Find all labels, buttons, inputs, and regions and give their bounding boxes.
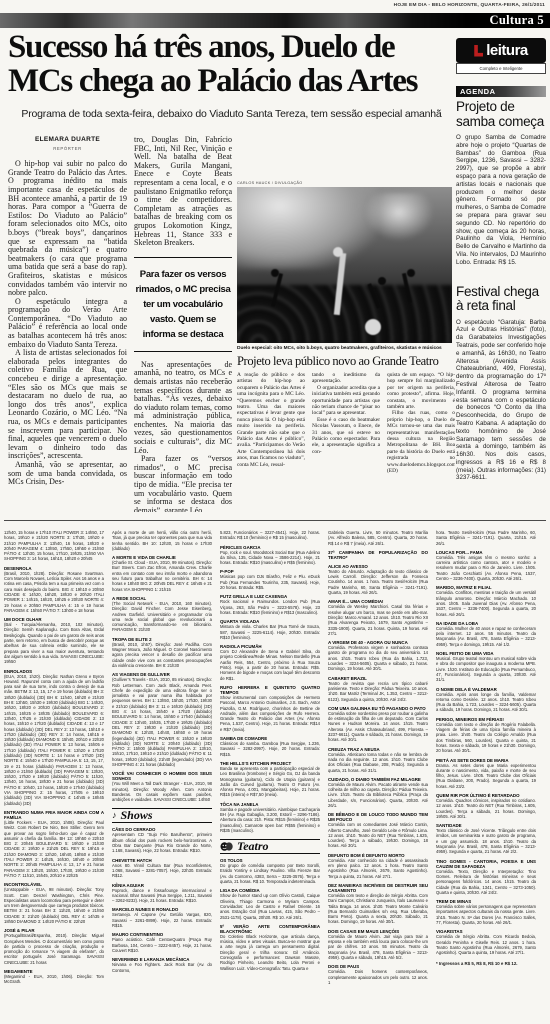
sub-article-paragraph: A reação do público e dos artistas do hi… [237,372,305,468]
listings-column: 12h40, 15 horas e 17h10 ITALI POWER 3: 1… [4,530,104,1020]
music-icon: ♪ [112,811,117,820]
sub-article-paragraph: Esse é o caso do beatmaker Nicolas Vasso… [312,417,380,455]
listing-body: Comédia. Após anos longe da família, Val… [436,692,536,713]
listings-column: 5.823, Funcionários – 3227-4541). Hoje, … [220,530,320,1020]
listing-body: Musical. Grupo teatral montou um musical… [436,656,536,682]
listing-continuation: 5.823, Funcionários – 3227-4541). Hoje, … [220,530,320,541]
agenda-item-title: Projeto de samba começa [456,100,546,129]
listings-price-note: * Ingressos a R$ 5, R$ 8, R$ 10 e R$ 12. [436,961,536,966]
article-col-2-top: tro, Douglas Din, Fabrício FBC, Inti, Ni… [134,136,232,248]
pull-quote: Para fazer os versos rimados, o MC preci… [134,257,232,352]
listings-section-header-teatro: Teatro [220,839,320,854]
listing-body: Sertanejo. Al Capone (Av. Getúlio Vargas… [112,912,212,928]
byline-role: REPÓRTER [8,145,127,154]
listing-body: Samba e pagode universitário. Alambique … [220,807,320,833]
byline: ELEMARA DUARTE REPÓRTER [8,136,127,153]
article-paragraph: O espetáculo integra a programação do Ve… [8,298,127,350]
listing-body: Drama. As setes dores que Maria experime… [436,763,536,789]
listings-column: Após a morte de um herói, vilão cria out… [112,530,212,1020]
listing-body: Comédia sobre nordestino preso por rouba… [328,711,428,743]
article-col-2: tro, Douglas Din, Fabrício FBC, Inti, Ni… [134,136,232,512]
article-paragraph: tro, Douglas Din, Fabrício FBC, Inti, Ni… [134,136,232,248]
listing-body: (Unstoppable - EUA, 98 minutos). Direção… [4,887,104,924]
agenda-item-body: O espetáculo “Garatuja: Barba Azul e Out… [456,319,546,483]
listings-section-title: Shows [121,813,153,818]
byline-name: ELEMARA DUARTE [8,136,127,145]
sub-article-column: quista de um espaço. “O hip-hop sempre f… [387,372,455,512]
listing-body: Comédia. Três amigas têm o mesmo sonho: … [436,555,536,581]
agenda-item-title: Festival chega à reta final [456,285,546,314]
leitura-tagline: Completo e Inteligente [456,63,546,74]
listing-body: Comédia sobre vários personagens que rep… [436,904,536,925]
listings-columns: 12h40, 15 horas e 17h10 ITALI POWER 3: 1… [4,530,546,1020]
listing-body: Comédia. Professora virgem e sonhadora c… [328,645,428,671]
article-col-1: ELEMARA DUARTE REPÓRTER O hip-hop vai su… [8,136,127,512]
book-icon [474,45,483,57]
listing-body: (Brasil, 2010, 1h57). Direção: José Padi… [112,642,212,668]
sub-article-paragraph: O organizador acredita que a iniciativa … [312,385,380,417]
article-paragraph: A lista de artistas selecionados foi ela… [8,349,127,461]
listing-body: Comédia de Sérgio Abritta. Com Ricardo B… [436,934,536,955]
headline: Sucesso há três anos, Duelo de MCs chega… [8,31,455,98]
listing-body: (Gulliver’s Travels - EUA, 2010, 85 minu… [112,677,212,767]
sub-article-paragraph: quista de um espaço. “O hip-hop sempre f… [387,372,455,410]
listing-body: (You Will Meet a Tall Dark Stranger - EU… [112,781,212,802]
sub-article-paragraph: tando o ineditismo da apresentação. [312,372,380,385]
listing-body: Nirvana e Foo Fighters. Jack Rock Bar (A… [112,962,212,973]
sub-article-column: A reação do público e dos artistas do hi… [237,372,305,512]
listing-title: VOCÊ VAI CONHECER O HOMEM DOS SEUS SONHO… [112,771,212,781]
listing-body: (EUA, 2010, 1h20). Direção: Nathan Greno… [4,674,104,806]
listing-body: Comédia. Atleticano toma todas e não se … [328,752,428,773]
listing-continuation: Gabriela Guerra. Livre, 50 minutos. Teat… [328,530,428,546]
listing-body: (Brasil, 2010, 1h28). Direção: Rosane Sv… [4,571,104,613]
listing-body: Do Coletivo Black Horizonte, que articul… [220,934,320,971]
listing-body: Teatro de revista que recria um típico c… [328,681,428,702]
listing-body: Comédia de Mauro Alvim. Jair viaja para … [328,934,428,960]
leitura-logo: leitura [456,38,546,63]
listing-body: Comédia. Dois homens contemporâneos, com… [328,969,428,985]
article-paragraph: O hip-hop vai subir no palco do Grande T… [8,160,127,298]
listing-body: Comédia. Texto, Direção e Interpretação:… [436,869,536,895]
sub-article-column: tando o ineditismo da apresentação.O org… [312,372,380,512]
section-label: Cultura 5 [490,13,544,28]
listings-section-header-shows: ♪Shows [112,808,212,823]
masks-icon [220,842,233,851]
listing-continuation: 12h40, 15 horas e 17h10 ITALI POWER 3: 1… [4,530,104,562]
listing-body: Comédia com os comediantes José Márcio C… [328,822,428,848]
listing-body: Comédia de Mauro Alvim. Pacato atirante … [328,782,428,808]
article-paragraph: Nas apresentações de amanhã, no teatro, … [134,361,232,456]
listing-body: Comédia. Mulher de 40 anos e rapaz se co… [436,626,536,647]
listing-body: Banda se apresenta com a participação es… [220,766,320,798]
listing-title: DE BÊBADO E DE LOUCO TODO MUNDO TEM UM P… [328,812,428,822]
listing-body: Clássicos do samba. Gamboa (Rua Sergipe,… [220,741,320,757]
listing-title: 37ª CAMPANHA DE POPULARIZAÇÃO DO TEATRO* [328,550,428,560]
listing-body: (Charlie St. Cloud - EUA, 2010, 99 minut… [112,560,212,592]
listing-body: (Bal - Turquia/Alemanha, 2010, 102 minut… [4,622,104,664]
listing-title: 5º VERÃO ARTE CONTEMPORÂNEA BLACKTRÔNIC [220,924,320,934]
article-col-2-bottom: Nas apresentações de amanhã, no teatro, … [134,361,232,512]
listing-body: Músicas pop com DJs Bíasfro, Feliz e Plu… [220,574,320,590]
listings-column: hora. Teatro Sesi/Holcim (Rua Padre Mari… [436,530,536,1020]
listing-continuation: hora. Teatro Sesi/Holcim (Rua Padre Mari… [436,530,536,546]
listing-body: Comédia. Ator conhecido na cidade é assa… [328,858,428,879]
listing-body: Teatro do Absurdo. Adaptação do texto cl… [328,569,428,595]
listing-body: Show instrumental com composições de Her… [220,695,320,732]
agenda-label: AGENDA [456,86,546,97]
listing-body: Piano acústico. Café CentoeQuatro (Praça… [112,937,212,953]
listing-body: Texto clássico de José Vicente. Triângul… [436,828,536,854]
masthead-dateline: HOJE EM DIA - BELO HORIZONTE, QUARTA-FEI… [394,3,545,8]
listing-title: RUFO HERRERA E QUINTETO QUATRO TEMPOS [220,685,320,695]
sub-article-paragraph: Filho das ruas, como o próprio hip-hop, … [387,410,455,474]
listing-body: Anos 80. Vinnil Cultura Bar (Rua Inconfi… [112,863,212,879]
deck: Programa de toda sexta-feira, debaixo do… [8,108,455,120]
listing-body: (Portugal/Brasil/Espanha, 2010). Direção… [4,933,104,965]
listing-body: (The Social Network - EUA, 2010, 160 min… [112,601,212,633]
listing-body: Pop, rock e soul. Woodstock Social Bar (… [220,550,320,566]
agenda-column: Projeto de samba começaO grupo Samba de … [456,100,546,500]
section-bar: Cultura 5 [0,13,550,28]
listing-body: Rock nacional e Raimundos. London Pub (R… [220,599,320,615]
listing-body: Comédia. Quadros cômicos, inspirados no … [436,798,536,819]
article-paragraph: Para fazer os “versos rimados”, o MC pre… [134,455,232,512]
listing-body: Mistura de viola. Charles Bar (Rua Tomé … [220,624,320,640]
newspaper-scan: { "colors":{"leitura_red":"#bb1e1e","sec… [0,0,550,1024]
leitura-brand: leitura [486,42,528,59]
listing-title: TINO GOMES - CANTORIA, POESIA E UNS CAUZ… [436,859,536,869]
sub-article-columns: A reação do público e dos artistas do hi… [237,372,455,512]
photo-caption: Duelo especial: oito MCs, oito b.boys, q… [237,346,455,351]
listing-body: Comédia. Conflitos, mentiras e traição d… [436,590,536,616]
sub-article-title: Projeto leva público novo ao Grande Teat… [237,354,455,369]
listing-body: Comédia de Wesley Marchiori. Casal tira … [328,604,428,636]
listings-divider [4,520,546,521]
article-photo [237,187,452,343]
listing-body: Com DJ Alexandre de Sena e Gabriel Silva… [220,649,320,681]
listing-title: ENTRANDO NUMA FRIA MAIOR AINDA COM A FAM… [4,810,104,820]
listing-body: Show de humor stand up com Olívio Castol… [220,893,320,919]
listing-body: Comédia com texto e direção de Sérgio Ab… [328,893,428,925]
listing-body: Apresentam CD “Sujo Frio Barulhento”, pr… [112,832,212,853]
listings-column: Gabriela Guerra. Livre, 50 minutos. Teat… [328,530,428,1020]
listing-body: Poprock, dance e fossa/lounge internacio… [112,888,212,904]
listing-body: (Little Fockers - EUA, 2010, 1h08). Dire… [4,820,104,878]
listing-title: DEZ MANEIRAS INCRÍVEIS DE DESTRUIR SEU C… [328,883,428,893]
listing-body: (Megamind - EUA, 2010, 1h06). Direção: T… [4,974,104,985]
listing-body: Comédia com texto e direção de Rogério F… [436,722,536,754]
article-paragraph: Amanhã, vão se apresentar, ao som de uma… [8,461,127,487]
listing-body: Do grupo de comédia composto por Beto So… [220,863,320,884]
listings-section-title: Teatro [237,844,269,849]
listing-continuation: Após a morte de um herói, vilão cria out… [112,530,212,551]
photo-credit: CARLOS HAUCK / DIVULGAÇÃO [237,181,303,185]
agenda-item-body: O grupo Samba de Comadre abre hoje o pro… [456,134,546,267]
